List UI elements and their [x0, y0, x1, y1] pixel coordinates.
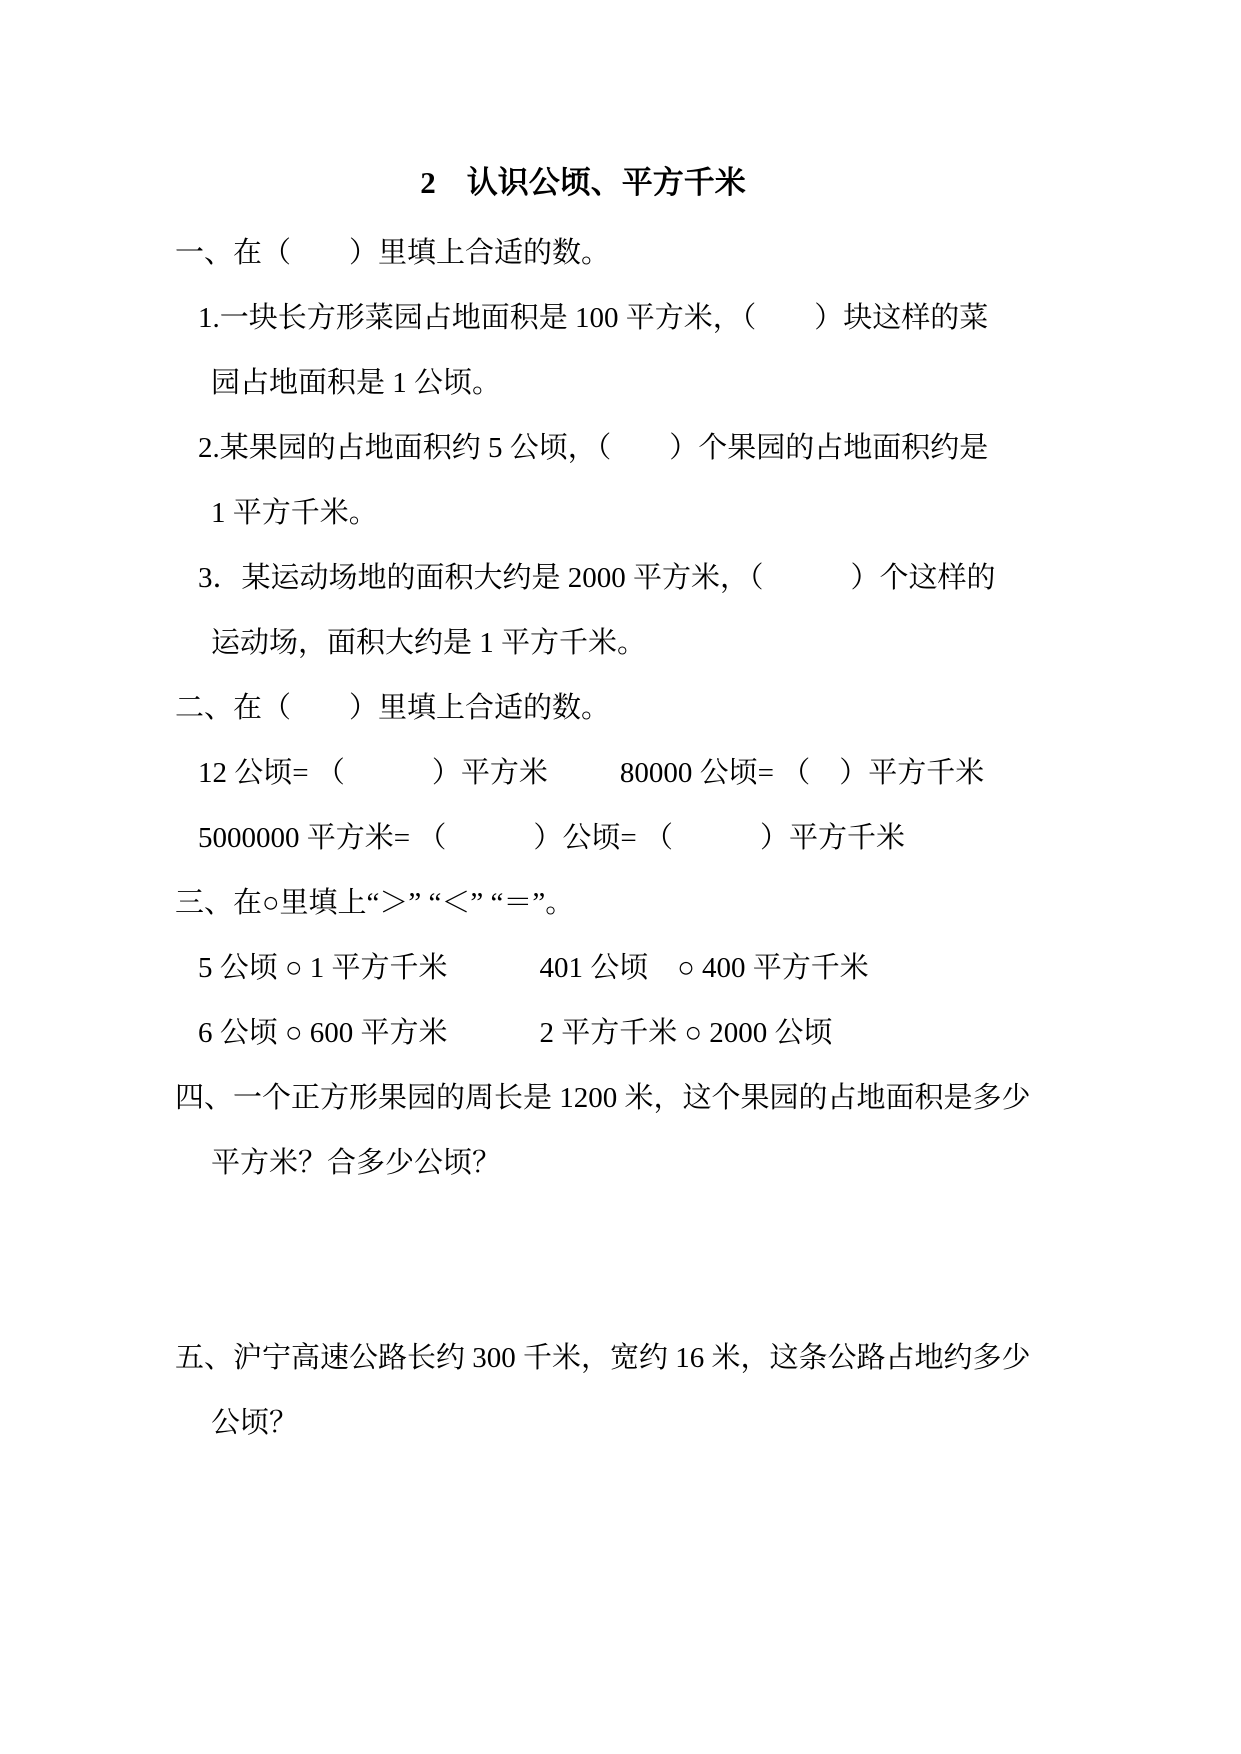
conversion-row-1-right: 80000 公顷= （ ）平方千米	[620, 757, 984, 789]
q1-item3-line1: 3．某运动场地的面积大约是 2000 平方米，（ ）个这样的	[175, 546, 991, 611]
section-two-heading: 二、在（ ）里填上合适的数。	[175, 676, 991, 741]
section-three-heading: 三、在○里填上“＞” “＜” “＝”。	[175, 871, 991, 936]
compare-row-2-right: 2 平方千米 ○ 2000 公顷	[540, 1017, 833, 1049]
page-title: 2 认识公顷、平方千米	[175, 150, 991, 215]
compare-row-2: 6 公顷 ○ 600 平方米2 平方千米 ○ 2000 公顷	[175, 1001, 991, 1066]
section-five-line1: 五、沪宁高速公路长约 300 千米，宽约 16 米，这条公路占地约多少	[175, 1326, 991, 1391]
worksheet-content: 2 认识公顷、平方千米 一、在（ ）里填上合适的数。 1.一块长方形菜园占地面积…	[0, 0, 1241, 1456]
q1-item2-line1: 2.某果园的占地面积约 5 公顷，（ ）个果园的占地面积约是	[175, 416, 991, 481]
conversion-row-1-left: 12 公顷= （ ）平方米	[198, 757, 548, 789]
q1-item3-line2: 运动场，面积大约是 1 平方千米。	[175, 611, 991, 676]
compare-row-1-right: 401 公顷 ○ 400 平方千米	[540, 952, 869, 984]
compare-row-2-left: 6 公顷 ○ 600 平方米	[198, 1017, 448, 1049]
section-five-line2: 公顷？	[175, 1391, 991, 1456]
q1-item2-line2: 1 平方千米。	[175, 481, 991, 546]
section-one-heading: 一、在（ ）里填上合适的数。	[175, 221, 991, 286]
q1-item1-line1: 1.一块长方形菜园占地面积是 100 平方米，（ ）块这样的菜	[175, 286, 991, 351]
compare-row-1-left: 5 公顷 ○ 1 平方千米	[198, 952, 448, 984]
section-four-line2: 平方米？合多少公顷？	[175, 1131, 991, 1196]
q1-item1-line2: 园占地面积是 1 公顷。	[175, 351, 991, 416]
conversion-row-1: 12 公顷= （ ）平方米80000 公顷= （ ）平方千米	[175, 741, 991, 806]
conversion-row-2: 5000000 平方米= （ ）公顷= （ ）平方千米	[175, 806, 991, 871]
section-four-line1: 四、一个正方形果园的周长是 1200 米，这个果园的占地面积是多少	[175, 1066, 991, 1131]
worksheet-page: 2 认识公顷、平方千米 一、在（ ）里填上合适的数。 1.一块长方形菜园占地面积…	[0, 0, 1241, 1754]
compare-row-1: 5 公顷 ○ 1 平方千米401 公顷 ○ 400 平方千米	[175, 936, 991, 1001]
